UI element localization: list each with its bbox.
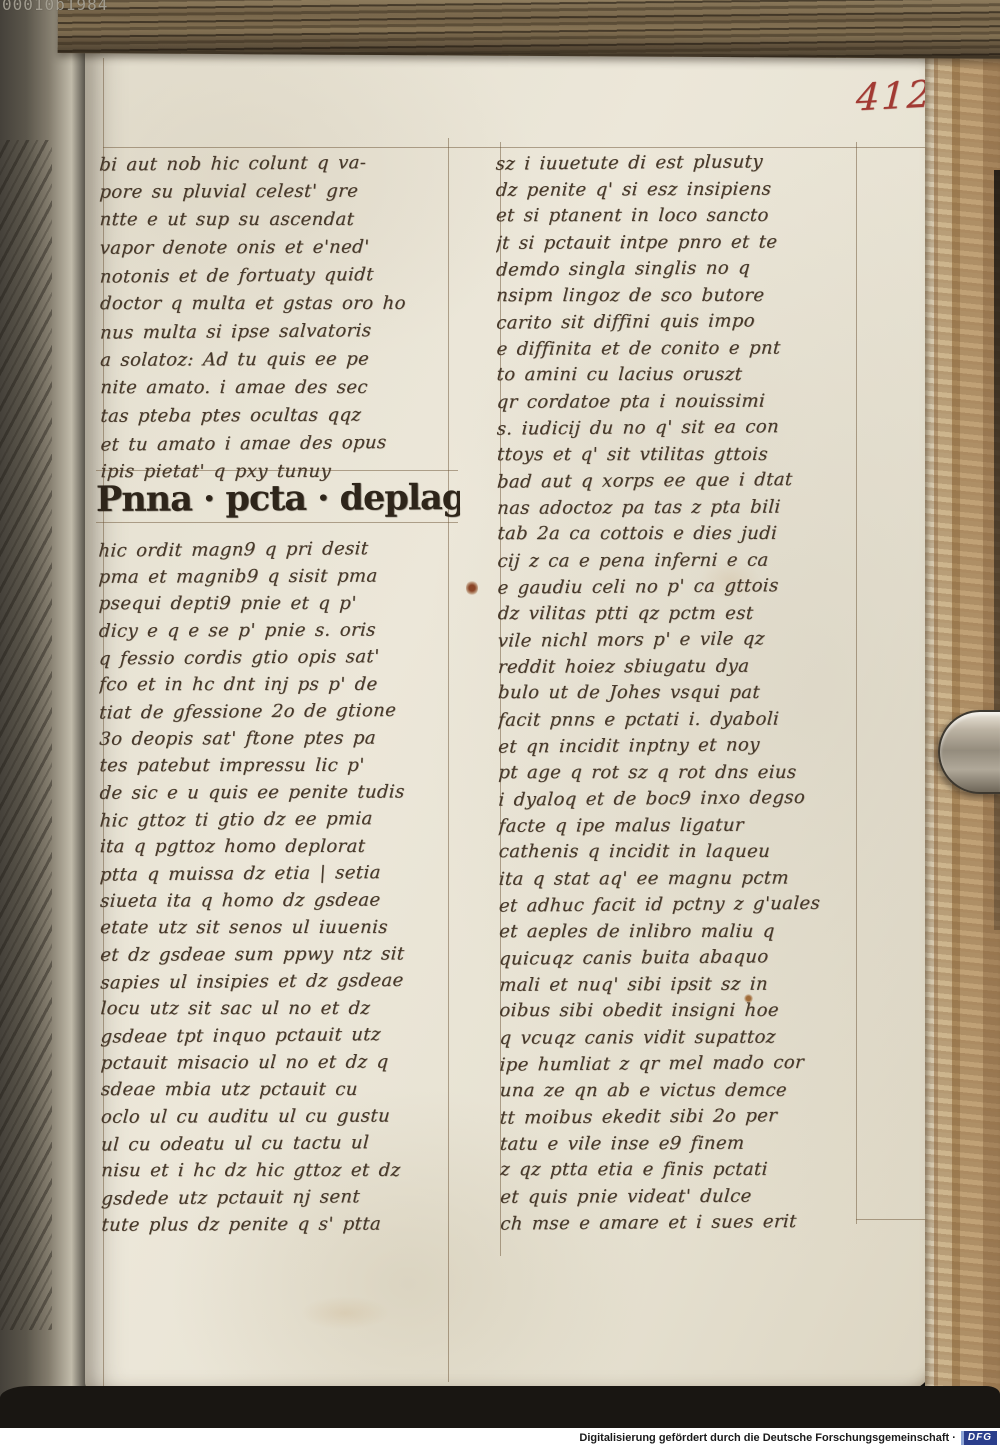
manuscript-text-line: nisu et i hc dz hic gttoz et dz — [101, 1157, 458, 1184]
manuscript-text-line: bad aut q xorps ee que i dtat — [496, 466, 874, 496]
left-column-text-lower: hic ordit magn9 q pri desitpma et magnib… — [98, 535, 457, 1239]
manuscript-text-line: siueta ita q homo dz gsdeae — [99, 886, 457, 915]
manuscript-text-line: ita q stat aq' ee magnu pctm — [498, 865, 876, 893]
manuscript-text-line: et tu amato i amae des opus — [100, 428, 457, 459]
manuscript-text-line: nite amato. i amae des sec — [100, 374, 457, 402]
manuscript-text-line: pma et magnib9 q sisit pma — [98, 562, 455, 591]
manuscript-text-line: cij z ca e pena inferni e ca — [497, 547, 875, 575]
manuscript-text-line: sapies ul insipies et dz gsdeae — [100, 966, 458, 996]
credit-text: Digitalisierung gefördert durch die Deut… — [579, 1432, 956, 1444]
manuscript-text-line: qr cordatoe pta i nouissimi — [496, 388, 874, 416]
manuscript-text-line: nas adoctoz pa tas z pta bili — [496, 494, 874, 522]
manuscript-text-line: e diffinita et de conito e pnt — [496, 335, 874, 363]
manuscript-text-line: sz i iuuetute di est plusuty — [496, 149, 873, 178]
manuscript-text-line: etate utz sit senos ul iuuenis — [100, 914, 457, 941]
dfg-logo: DFG — [961, 1431, 997, 1445]
manuscript-text-line: q vcuqz canis vidit supattoz — [499, 1024, 877, 1052]
manuscript-text-line: et qn incidit inptny et noy — [497, 731, 875, 761]
left-column-text-upper: bi aut nob hic colunt q va-pore su pluvi… — [99, 149, 456, 487]
shelfmark-digits: 00010b1984 — [2, 0, 108, 14]
manuscript-text-line: pctauit misacio ul no et dz q — [100, 1048, 458, 1077]
manuscript-text-line: hic gttoz ti gtio dz ee pmia — [99, 804, 457, 834]
book-head-edge — [58, 0, 1000, 59]
manuscript-text-line: doctor q multa et gstas oro ho — [99, 290, 456, 318]
manuscript-text-line: tatu e vile inse e9 finem — [499, 1130, 876, 1158]
manuscript-text-line: et aeples de inlibro maliu q — [498, 918, 875, 945]
book-gutter — [0, 0, 94, 1430]
manuscript-text-line: dz vilitas ptti qz pctm est — [497, 600, 874, 627]
scan-background-bottom — [0, 1386, 1000, 1428]
manuscript-text-line: pore su pluvial celest' gre — [99, 177, 456, 207]
manuscript-text-line: quicuqz canis buita abaquo — [498, 943, 876, 973]
manuscript-text-line: z qz ptta etia e finis pctati — [499, 1157, 876, 1184]
manuscript-text-line: ch mse e amare et i sues erit — [499, 1208, 876, 1237]
manuscript-text-line: tiat de gfessione 2o de gtione — [98, 696, 456, 726]
manuscript-text-line: e gaudiu celi no p' ca gttois — [497, 572, 875, 602]
manuscript-text-line: nus multa si ipse salvatoris — [99, 316, 456, 347]
manuscript-text-line: et si ptanent in loco sancto — [496, 203, 873, 230]
manuscript-text-line: to amini cu lacius oruszt — [496, 362, 873, 389]
manuscript-text-line: de sic e u quis ee penite tudis — [99, 778, 457, 807]
manuscript-text-line: cathenis q incidit in laqueu — [498, 839, 875, 866]
manuscript-text-line: mali et nuq' sibi ipsit sz in — [498, 971, 876, 999]
right-column-text: sz i iuuetute di est plusutydz penite q'… — [496, 149, 877, 1237]
manuscript-text-line: 3o deopis sat' ftone ptes pa — [98, 724, 456, 753]
digitization-credit-bar: Digitalisierung gefördert durch die Deut… — [0, 1428, 1000, 1448]
manuscript-text-line: bulo ut de Johes vsqui pat — [497, 680, 874, 707]
manuscript-text-line: tes patebut impressu lic p' — [99, 752, 456, 779]
manuscript-text-line: pt age q rot sz q rot dns eius — [498, 759, 875, 786]
manuscript-text-line: dz penite q' si esz insipiens — [496, 176, 873, 204]
scan-edge-shadow — [994, 170, 1000, 930]
manuscript-text-line: q fessio cordis gtio opis sat' — [98, 642, 455, 672]
manuscript-text-line: una ze qn ab e victus demce — [499, 1077, 876, 1104]
manuscript-text-line: tas pteba ptes ocultas qqz — [100, 401, 457, 431]
manuscript-text-line: ptta q muissa dz etia | setia — [99, 858, 457, 888]
manuscript-text-line: et dz gsdeae sum ppwy ntz sit — [99, 940, 457, 969]
manuscript-text-line: ntte e ut sup su ascendat — [99, 206, 456, 234]
manuscript-text-line: ipe humliat z qr mel mado cor — [499, 1049, 877, 1079]
manuscript-text-line: psequi depti9 pnie et q p' — [98, 590, 455, 617]
manuscript-scan: bi aut nob hic colunt q va-pore su pluvi… — [0, 0, 1000, 1448]
manuscript-text-line: vapor denote onis et e'ned' — [99, 233, 456, 263]
manuscript-text-line: ul cu odeatu ul cu tactu ul — [100, 1128, 457, 1158]
manuscript-text-line: ita q pgttoz homo deplorat — [99, 833, 456, 860]
manuscript-text-line: tute plus dz penite q s' ptta — [101, 1210, 458, 1239]
manuscript-text-line: notonis et de fortuaty quidt — [99, 260, 456, 291]
manuscript-text-line: et adhuc facit id pctny z g'uales — [498, 890, 876, 920]
manuscript-text-line: oibus sibi obedit insigni hoe — [499, 998, 876, 1025]
manuscript-text-line: i dyaloq et de boc9 inxo degso — [498, 784, 876, 814]
manuscript-text-line: facit pnns e pctati i. dyaboli — [497, 706, 875, 734]
manuscript-text-line: vile nichl mors p' e vile qz — [497, 625, 875, 655]
manuscript-text-line: gsdeae tpt inquo pctauit utz — [100, 1020, 458, 1050]
manuscript-text-line: facte q ipe malus ligatur — [498, 812, 876, 840]
manuscript-text-line: a solatoz: Ad tu quis ee pe — [99, 345, 456, 375]
rubric-heading: Pnna · pcta · deplagato — [96, 477, 460, 531]
manuscript-text-line: reddit hoiez sbiugatu dya — [497, 653, 875, 681]
manuscript-text-line: ttoys et q' sit vtilitas gttois — [496, 441, 873, 468]
manuscript-text-line: carito sit diffini quis impo — [496, 307, 874, 337]
manuscript-text-line: locu utz sit sac ul no et dz — [100, 995, 457, 1022]
manuscript-text-line: gsdede utz pctauit nj sent — [100, 1182, 457, 1212]
manuscript-text-line: et quis pnie videat' dulce — [499, 1183, 876, 1211]
manuscript-text-line: tt moibus ekedit sibi 2o per — [499, 1102, 876, 1132]
manuscript-text-line: demdo singla singlis no q — [496, 254, 873, 284]
manuscript-text-line: dicy e q e se p' pnie s. oris — [98, 616, 455, 645]
manuscript-text-line: s. iudicij du no q' sit ea con — [496, 413, 874, 443]
manuscript-text-line: fco et in hc dnt inj ps p' de — [98, 671, 455, 698]
manuscript-text-line: nsipm lingoz de sco butore — [496, 282, 873, 309]
manuscript-text-line: jt si pctauit intpe pnro et te — [496, 229, 873, 257]
manuscript-text-line: bi aut nob hic colunt q va- — [99, 149, 456, 179]
manuscript-text-line: hic ordit magn9 q pri desit — [98, 535, 455, 564]
manuscript-text-line: tab 2a ca cottois e dies judi — [497, 521, 874, 548]
manuscript-text-line: sdeae mbia utz pctauit cu — [100, 1076, 457, 1103]
manuscript-text-line: oclo ul cu auditu ul cu gustu — [100, 1102, 457, 1131]
